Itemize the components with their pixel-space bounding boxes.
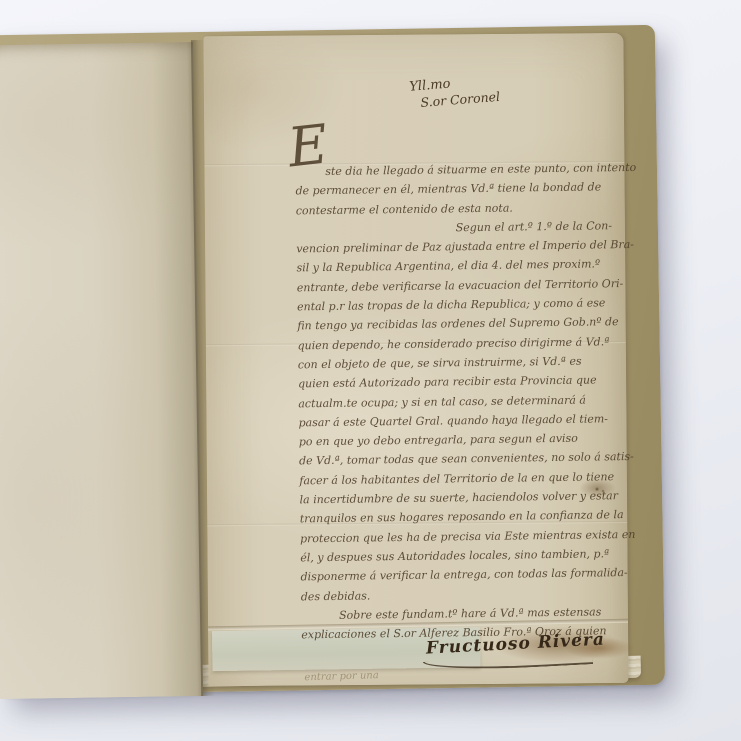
left-blank-page [0, 42, 203, 699]
underlying-page-text: entrar por una [304, 670, 379, 683]
letter-page: Yll.mo S.or Coronel E ste dia he llegado… [203, 33, 628, 686]
photograph-background: Yll.mo S.or Coronel E ste dia he llegado… [0, 0, 741, 741]
letter-body: ste dia he llegado á situarme en este pu… [295, 158, 621, 645]
letter-salutation: Yll.mo S.or Coronel [409, 73, 501, 112]
manuscript-volume: Yll.mo S.or Coronel E ste dia he llegado… [0, 11, 667, 713]
